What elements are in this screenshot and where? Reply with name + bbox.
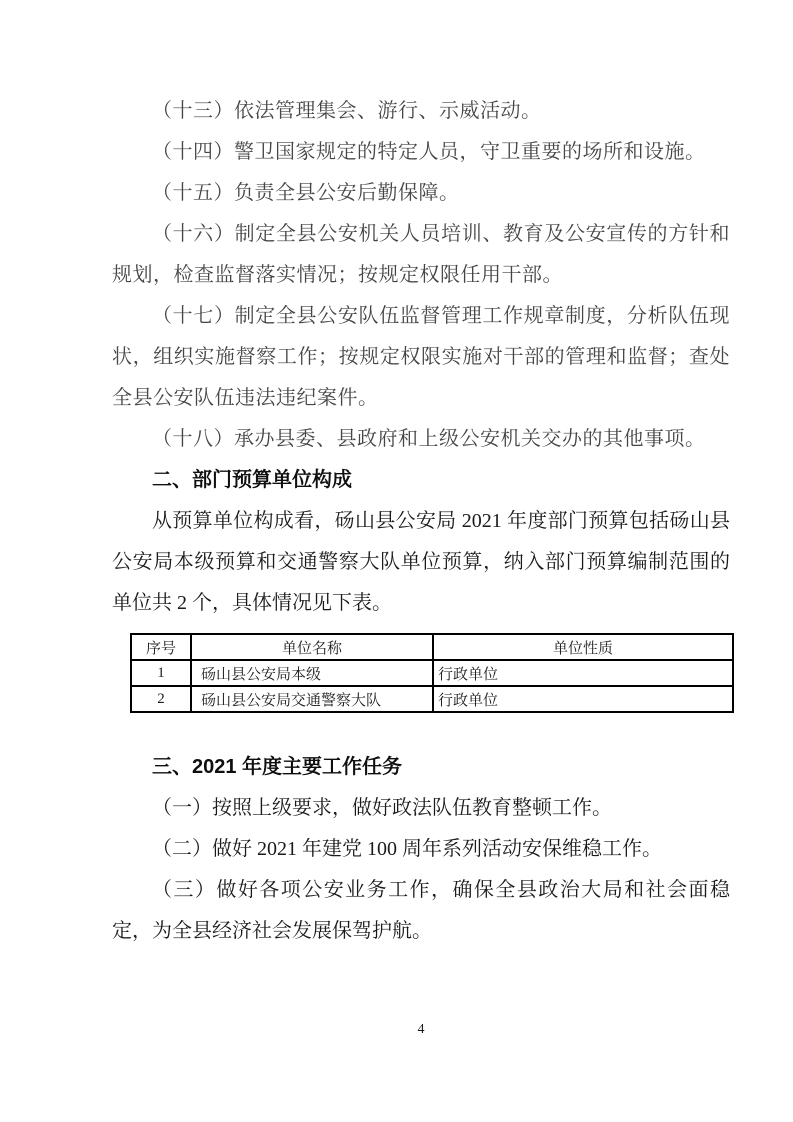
page-number: 4: [112, 1022, 730, 1038]
table-header-seq: 序号: [131, 634, 191, 660]
duty-item-16: （十六）制定全县公安机关人员培训、教育及公安宣传的方针和规划，检查监督落实情况；…: [112, 214, 730, 296]
duty-item-13: （十三）依法管理集会、游行、示威活动。: [112, 91, 730, 132]
row2-unit-type: 行政单位: [433, 686, 733, 712]
section2-paragraph: 从预算单位构成看，砀山县公安局 2021 年度部门预算包括砀山县公安局本级预算和…: [112, 501, 730, 624]
task-item-3: （三）做好各项公安业务工作，确保全县政治大局和社会面稳定，为全县经济社会发展保驾…: [112, 870, 730, 952]
duty-item-18: （十八）承办县委、县政府和上级公安机关交办的其他事项。: [112, 419, 730, 460]
table-header-row: 序号 单位名称 单位性质: [131, 634, 733, 660]
duty-item-17: （十七）制定全县公安队伍监督管理工作规章制度，分析队伍现状，组织实施督察工作；按…: [112, 296, 730, 419]
row2-seq: 2: [131, 686, 191, 712]
budget-units-table: 序号 单位名称 单位性质 1 砀山县公安局本级 行政单位 2 砀山县公安局交通警…: [130, 633, 734, 713]
table-header-unit-name: 单位名称: [191, 634, 433, 660]
row1-seq: 1: [131, 660, 191, 686]
task-item-1: （一）按照上级要求，做好政法队伍教育整顿工作。: [112, 788, 730, 829]
duty-item-15: （十五）负责全县公安后勤保障。: [112, 173, 730, 214]
section2-heading: 二、部门预算单位构成: [112, 460, 730, 501]
row1-unit-type: 行政单位: [433, 660, 733, 686]
document-content: （十三）依法管理集会、游行、示威活动。 （十四）警卫国家规定的特定人员，守卫重要…: [0, 0, 793, 952]
document-page: （十三）依法管理集会、游行、示威活动。 （十四）警卫国家规定的特定人员，守卫重要…: [0, 0, 793, 1122]
row2-unit-name: 砀山县公安局交通警察大队: [191, 686, 433, 712]
table-row: 1 砀山县公安局本级 行政单位: [131, 660, 733, 686]
table-row: 2 砀山县公安局交通警察大队 行政单位: [131, 686, 733, 712]
section3-heading: 三、2021 年度主要工作任务: [112, 747, 730, 788]
duty-item-14: （十四）警卫国家规定的特定人员，守卫重要的场所和设施。: [112, 132, 730, 173]
row1-unit-name: 砀山县公安局本级: [191, 660, 433, 686]
task-item-2: （二）做好 2021 年建党 100 周年系列活动安保维稳工作。: [112, 829, 730, 870]
table-header-unit-type: 单位性质: [433, 634, 733, 660]
